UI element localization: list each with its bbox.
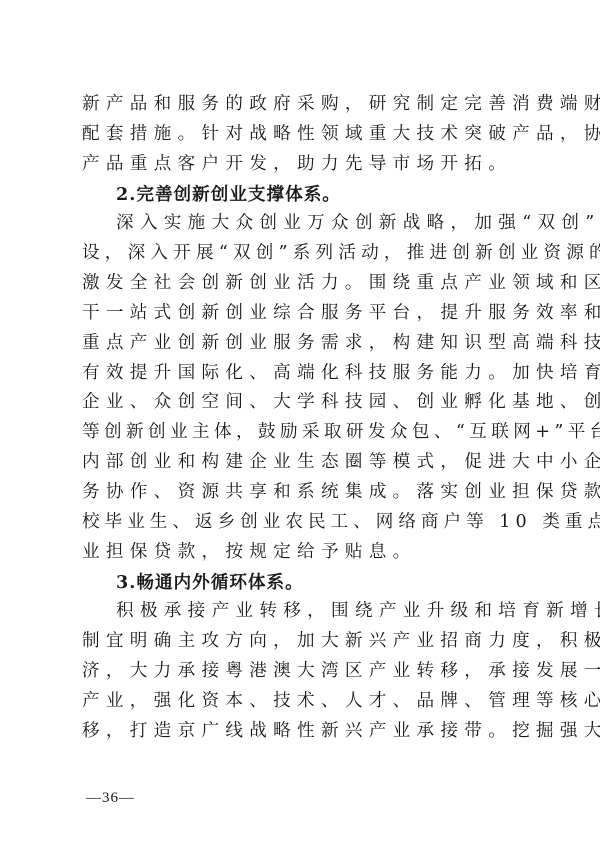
section-heading: 3.畅通内外循环体系。 [82,568,522,598]
body-line: 校毕业生、返乡创业农民工、网络商户等 10 类重点支持群体创 [82,508,522,538]
body-line: 内部创业和构建企业生态圈等模式，促进大中小企业之间的业 [82,448,522,478]
body-line: 产品重点客户开发，助力先导市场开拓。 [82,150,522,180]
body-line: 制宜明确主攻方向，加大新兴产业招商力度，积极发展飞地经 [82,627,522,657]
body-line: 干一站式创新创业综合服务平台，提升服务效率和质量。面向 [82,299,522,329]
body-line: 企业、众创空间、大学科技园、创业孵化基地、创业投资机构 [82,388,522,418]
body-line: 设，深入开展“双创”系列活动，推进创新创业资源的共享合作， [82,239,522,269]
body-line: 新产品和服务的政府采购，研究制定完善消费端财政补贴优惠 [82,90,522,120]
body-line: 业担保贷款，按规定给予贴息。 [82,538,522,568]
body-line: 配套措施。针对战略性领域重大技术突破产品，协助开展创新 [82,120,522,150]
paragraph-first-line: 积极承接产业转移，围绕产业升级和培育新增长点，因地 [82,597,522,627]
body-line: 重点产业创新创业服务需求，构建知识型高端科技服务平台， [82,329,522,359]
document-page: 新产品和服务的政府采购，研究制定完善消费端财政补贴优惠 配套措施。针对战略性领域… [0,0,600,848]
body-line: 济，大力承接粤港澳大湾区产业转移，承接发展一批优势特色 [82,657,522,687]
section-heading: 2.完善创新创业支撑体系。 [82,180,522,210]
body-line: 务协作、资源共享和系统集成。落实创业担保贷款政策，对高 [82,478,522,508]
page-number: —36— [86,790,135,807]
body-line: 产业，强化资本、技术、人才、品牌、管理等核心要素配套转 [82,687,522,717]
body-line: 等创新创业主体，鼓励采取研发众包、“互联网+”平台、大企业 [82,418,522,448]
body-line: 移，打造京广线战略性新兴产业承接带。挖掘强大国内省内市 [82,717,522,747]
paragraph-first-line: 深入实施大众创业万众创新战略，加强“双创”示范基地建 [82,209,522,239]
document-body: 新产品和服务的政府采购，研究制定完善消费端财政补贴优惠 配套措施。针对战略性领域… [82,90,522,747]
body-line: 激发全社会创新创业活力。围绕重点产业领域和区域，提供若 [82,269,522,299]
body-line: 有效提升国际化、高端化科技服务能力。加快培育和发展双创 [82,359,522,389]
